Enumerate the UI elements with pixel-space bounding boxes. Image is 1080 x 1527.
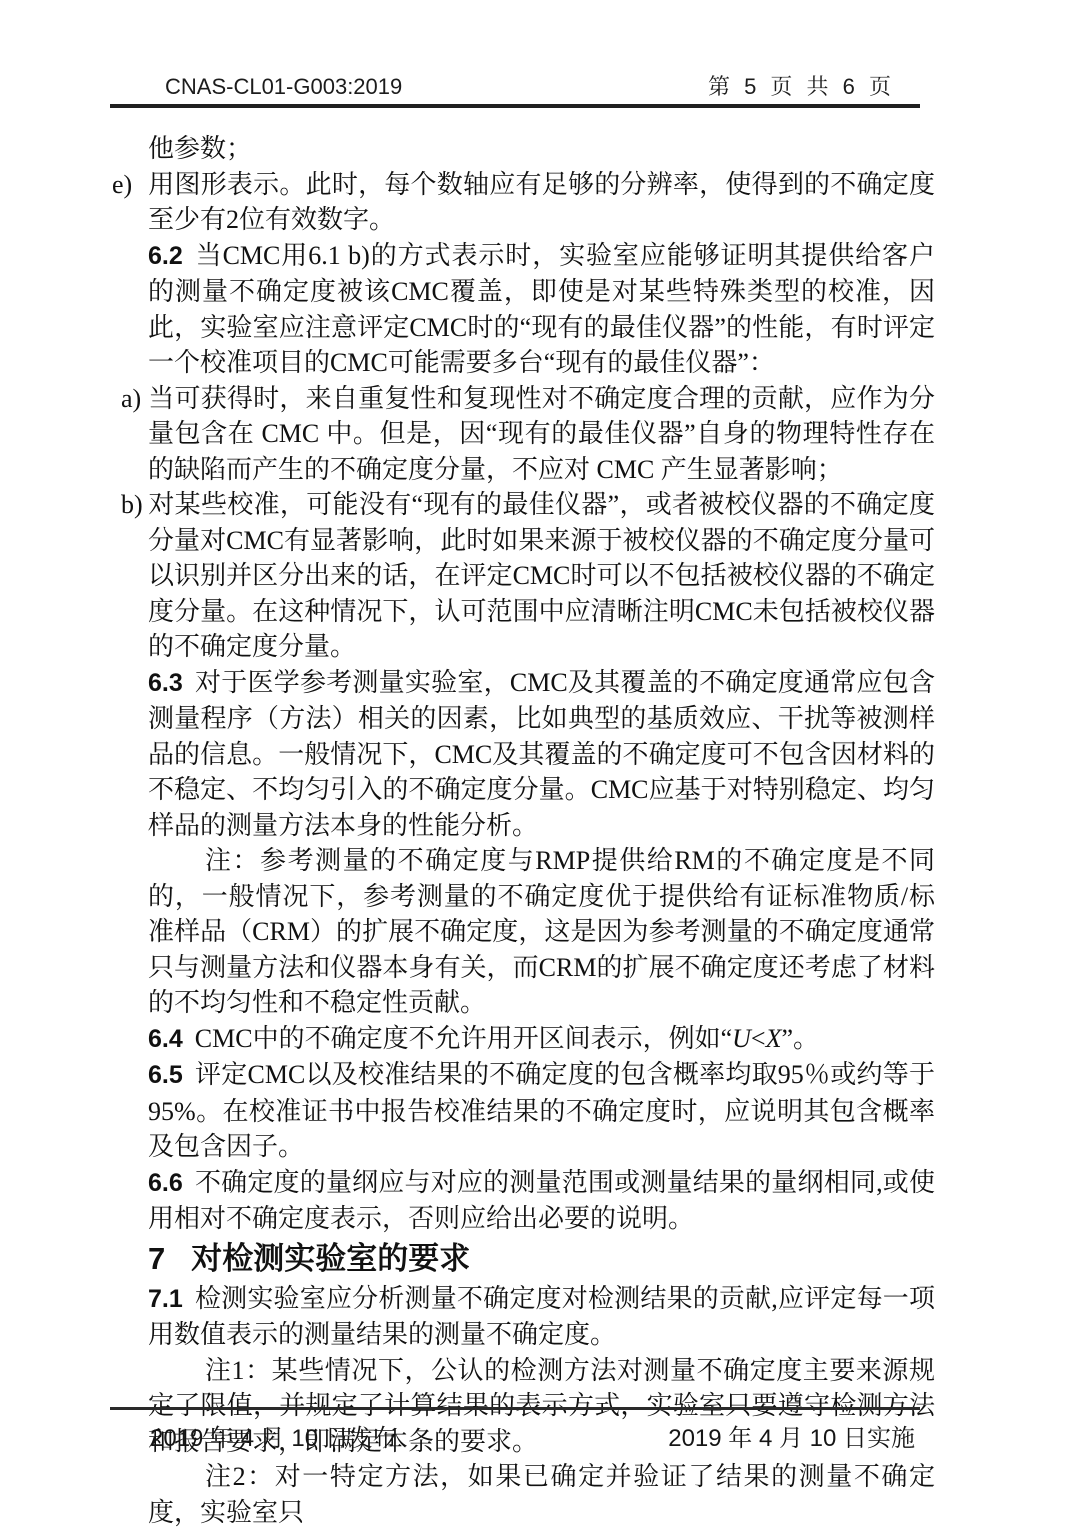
clause-text: 评定CMC以及校准结果的不确定度的包含概率均取95％或约等于95%。在校准证书中… xyxy=(148,1060,935,1161)
list-item-b-text: 对某些校准，可能没有“现有的最佳仪器”，或者被校仪器的不确定度分量对CMC有显著… xyxy=(148,490,935,661)
clause-6-2: 6.2当CMC用6.1 b)的方式表示时，实验室应能够证明其提供给客户的测量不确… xyxy=(148,238,935,381)
clause-7-1-note-2: 注2：对一特定方法，如果已确定并验证了结果的测量不确定度，实验室只 xyxy=(148,1459,935,1527)
clause-6-6: 6.6不确定度的量纲应与对应的测量范围或测量结果的量纲相同,或使用相对不确定度表… xyxy=(148,1165,935,1237)
clause-6-4: 6.4CMC中的不确定度不允许用开区间表示，例如“U<X”。 xyxy=(148,1021,935,1058)
clause-number: 6.6 xyxy=(148,1169,183,1197)
clause-7-1: 7.1检测实验室应分析测量不确定度对检测结果的贡献,应评定每一项用数值表示的测量… xyxy=(148,1281,935,1353)
list-item-d-continuation: 他参数； xyxy=(148,131,935,167)
clause-text: CMC中的不确定度不允许用开区间表示，例如“U<X”。 xyxy=(195,1024,819,1053)
list-marker-b: b) xyxy=(121,487,148,523)
clause-text: 对于医学参考测量实验室，CMC及其覆盖的不确定度通常应包含测量程序（方法）相关的… xyxy=(148,668,935,840)
document-body: 他参数； e)用图形表示。此时，每个数轴应有足够的分辨率，使得到的不确定度至少有… xyxy=(148,131,935,1527)
clause-text: 检测实验室应分析测量不确定度对检测结果的贡献,应评定每一项用数值表示的测量结果的… xyxy=(148,1284,935,1350)
page-header: CNAS-CL01-G003:2019 第 5 页 共 6 页 xyxy=(165,70,895,101)
clause-text: 不确定度的量纲应与对应的测量范围或测量结果的量纲相同,或使用相对不确定度表示，否… xyxy=(148,1168,935,1234)
page-footer: 2019 年 4 月 10 日发布 2019 年 4 月 10 日实施 xyxy=(150,1418,915,1453)
list-item-e-text: 用图形表示。此时，每个数轴应有足够的分辨率，使得到的不确定度至少有2位有效数字。 xyxy=(148,170,935,235)
clause-6-5: 6.5评定CMC以及校准结果的不确定度的包含概率均取95％或约等于95%。在校准… xyxy=(148,1057,935,1165)
chapter-7-heading: 7对检测实验室的要求 xyxy=(148,1237,935,1281)
list-item-a: a)当可获得时，来自重复性和复现性对不确定度合理的贡献，应作为分量包含在 CMC… xyxy=(148,381,935,488)
implementation-date: 2019 年 4 月 10 日实施 xyxy=(668,1418,915,1453)
variable-u: U xyxy=(732,1024,751,1053)
less-than-sign: < xyxy=(751,1024,766,1053)
doc-number: CNAS-CL01-G003:2019 xyxy=(165,74,402,100)
page-number-info: 第 5 页 共 6 页 xyxy=(708,70,895,101)
list-item-a-text: 当可获得时，来自重复性和复现性对不确定度合理的贡献，应作为分量包含在 CMC 中… xyxy=(148,384,935,484)
footer-rule xyxy=(110,1407,920,1410)
list-item-b: b)对某些校准，可能没有“现有的最佳仪器”，或者被校仪器的不确定度分量对CMC有… xyxy=(148,487,935,665)
clause-text: 当CMC用6.1 b)的方式表示时，实验室应能够证明其提供给客户的测量不确定度被… xyxy=(148,241,935,378)
clause-number: 6.3 xyxy=(148,669,183,697)
list-marker-a: a) xyxy=(121,381,148,417)
clause-6-3-note: 注：参考测量的不确定度与RMP提供给RM的不确定度是不同的，一般情况下，参考测量… xyxy=(148,843,935,1021)
clause-number: 6.5 xyxy=(148,1061,183,1089)
clause-6-3: 6.3对于医学参考测量实验室，CMC及其覆盖的不确定度通常应包含测量程序（方法）… xyxy=(148,665,935,844)
clause-number: 6.2 xyxy=(148,242,183,270)
chapter-number: 7 xyxy=(148,1241,165,1276)
list-marker-e: e) xyxy=(112,167,148,203)
clause-number: 6.4 xyxy=(148,1025,183,1053)
header-rule xyxy=(110,104,920,108)
issue-date: 2019 年 4 月 10 日发布 xyxy=(150,1418,397,1453)
clause-number: 7.1 xyxy=(148,1285,183,1313)
variable-x: X xyxy=(766,1024,782,1053)
document-page: CNAS-CL01-G003:2019 第 5 页 共 6 页 他参数； e)用… xyxy=(0,0,1080,1527)
list-item-e: e)用图形表示。此时，每个数轴应有足够的分辨率，使得到的不确定度至少有2位有效数… xyxy=(148,167,935,238)
chapter-title: 对检测实验室的要求 xyxy=(191,1241,470,1276)
